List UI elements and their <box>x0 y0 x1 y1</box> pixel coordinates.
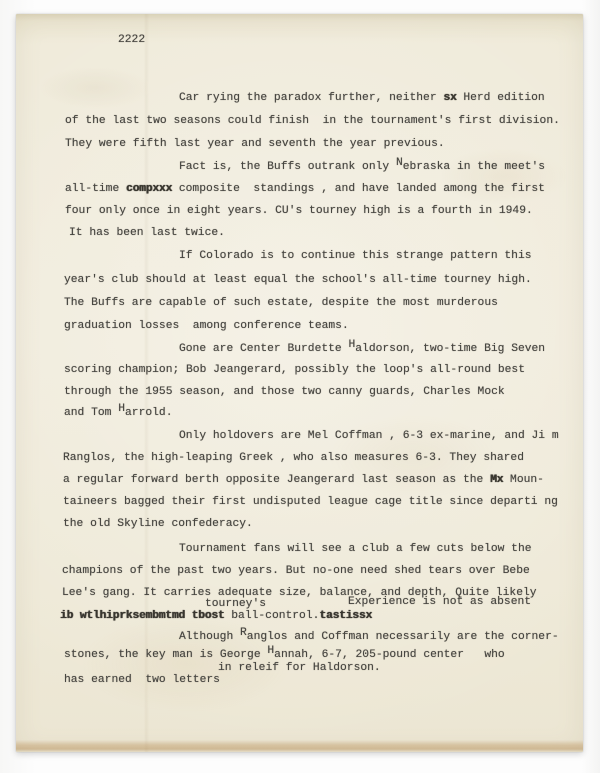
text-line: the old Skyline confederacy. <box>63 517 253 531</box>
text-line: Although Ranglos and Coffman necessarily… <box>179 630 559 644</box>
text-segment: of the last two seasons could finish in … <box>65 115 560 127</box>
text-segment: If Colorado is to continue this strange … <box>179 250 532 262</box>
text-segment: has earned two letters <box>64 674 220 686</box>
text-line: Gone are Center Burdette Haldorson, two-… <box>179 342 545 356</box>
struck-out-text: compxxx <box>126 183 172 195</box>
text-line: Fact is, the Buffs outrank only Nebraska… <box>179 160 545 174</box>
text-segment: Herd edition <box>457 92 545 104</box>
text-segment: Experience is not as absent <box>348 596 531 608</box>
text-segment: four only once in eight years. CU's tour… <box>65 205 533 217</box>
text-segment: ebraska in the meet's <box>403 161 545 173</box>
text-line: all-time compxxx composite standings , a… <box>65 182 545 196</box>
text-line: ib wtlhiprksembmtmd tbost ball-control.t… <box>60 609 372 623</box>
text-segment: stones, the key man is George <box>64 649 267 661</box>
text-segment: Gone are Center Burdette <box>179 343 348 355</box>
text-segment: graduation losses among conference teams… <box>64 320 349 332</box>
text-line: They were fifth last year and seventh th… <box>65 137 445 151</box>
text-segment: and Tom <box>64 407 118 419</box>
text-segment: scoring champion; Bob Jeangerard, possib… <box>64 364 525 376</box>
text-line: It has been last twice. <box>69 226 225 240</box>
text-line: graduation losses among conference teams… <box>64 319 349 333</box>
text-segment: Fact is, the Buffs outrank only <box>179 161 396 173</box>
text-segment: arrold. <box>125 407 172 419</box>
text-segment: through the 1955 season, and those two c… <box>64 386 505 398</box>
text-segment: They were fifth last year and seventh th… <box>65 138 445 150</box>
text-segment: a regular forward berth opposite Jeanger… <box>63 474 490 486</box>
document-canvas: 2222Car rying the paradox further, neith… <box>0 0 600 773</box>
text-line: has earned two letters <box>64 673 220 687</box>
text-line: Only holdovers are Mel Coffman , 6-3 ex-… <box>179 429 559 443</box>
text-segment: all-time <box>65 183 126 195</box>
text-segment: Only holdovers are Mel Coffman , 6-3 ex-… <box>179 430 559 442</box>
text-segment: Tournament fans will see a club a few cu… <box>179 543 532 555</box>
text-segment: ball-control. <box>224 610 319 622</box>
text-line: Ranglos, the high-leaping Greek , who al… <box>63 451 524 465</box>
text-line: year's club should at least equal the sc… <box>64 273 532 287</box>
text-segment: Ranglos, the high-leaping Greek , who al… <box>63 452 524 464</box>
text-line: The Buffs are capable of such estate, de… <box>64 296 498 310</box>
text-line: scoring champion; Bob Jeangerard, possib… <box>64 363 525 377</box>
text-line: champions of the past two years. But no-… <box>62 564 530 578</box>
text-line: four only once in eight years. CU's tour… <box>65 204 533 218</box>
text-line: stones, the key man is George Hannah, 6-… <box>64 648 505 662</box>
text-line: taineers bagged their first undisputed l… <box>63 495 558 509</box>
struck-out-text: sx <box>443 92 456 104</box>
struck-out-text: tastissx <box>319 610 372 622</box>
struck-out-text: ib wtlhiprksembmtmd tbost <box>60 610 224 622</box>
text-segment: taineers bagged their first undisputed l… <box>63 496 558 508</box>
text-segment: year's club should at least equal the sc… <box>64 274 532 286</box>
raised-letter: H <box>118 403 125 415</box>
typed-lines: 2222Car rying the paradox further, neith… <box>0 0 600 773</box>
text-line: a regular forward berth opposite Jeanger… <box>63 473 544 487</box>
text-line: If Colorado is to continue this strange … <box>179 249 532 263</box>
struck-out-text: Mx <box>490 474 503 486</box>
text-line: Tournament fans will see a club a few cu… <box>179 542 532 556</box>
text-segment: Moun- <box>503 474 544 486</box>
raised-letter: N <box>396 157 403 169</box>
text-segment: annah, 6-7, 205-pound center who <box>274 649 505 661</box>
text-segment: the old Skyline confederacy. <box>63 518 253 530</box>
text-line: of the last two seasons could finish in … <box>65 114 560 128</box>
text-line: and Tom Harrold. <box>64 406 172 420</box>
raised-letter: H <box>348 339 355 351</box>
text-segment: Car rying the paradox further, neither <box>179 92 443 104</box>
text-segment: in releif for Haldorson. <box>218 662 381 674</box>
text-segment: anglos and Coffman necessarily are the c… <box>247 631 559 643</box>
raised-letter: R <box>240 627 247 639</box>
text-line: Car rying the paradox further, neither s… <box>179 91 545 105</box>
text-segment: The Buffs are capable of such estate, de… <box>64 297 498 309</box>
text-segment: It has been last twice. <box>69 227 225 239</box>
page-number: 2222 <box>118 33 145 47</box>
text-segment: 2222 <box>118 34 145 46</box>
text-segment: Although <box>179 631 240 643</box>
text-segment: aldorson, two-time Big Seven <box>355 343 545 355</box>
text-segment: composite standings , and have landed am… <box>172 183 545 195</box>
interline-insert: in releif for Haldorson. <box>218 661 381 675</box>
raised-letter: H <box>267 645 274 657</box>
text-segment: champions of the past two years. But no-… <box>62 565 530 577</box>
interline-insert: Experience is not as absent <box>348 595 531 609</box>
text-line: through the 1955 season, and those two c… <box>64 385 505 399</box>
